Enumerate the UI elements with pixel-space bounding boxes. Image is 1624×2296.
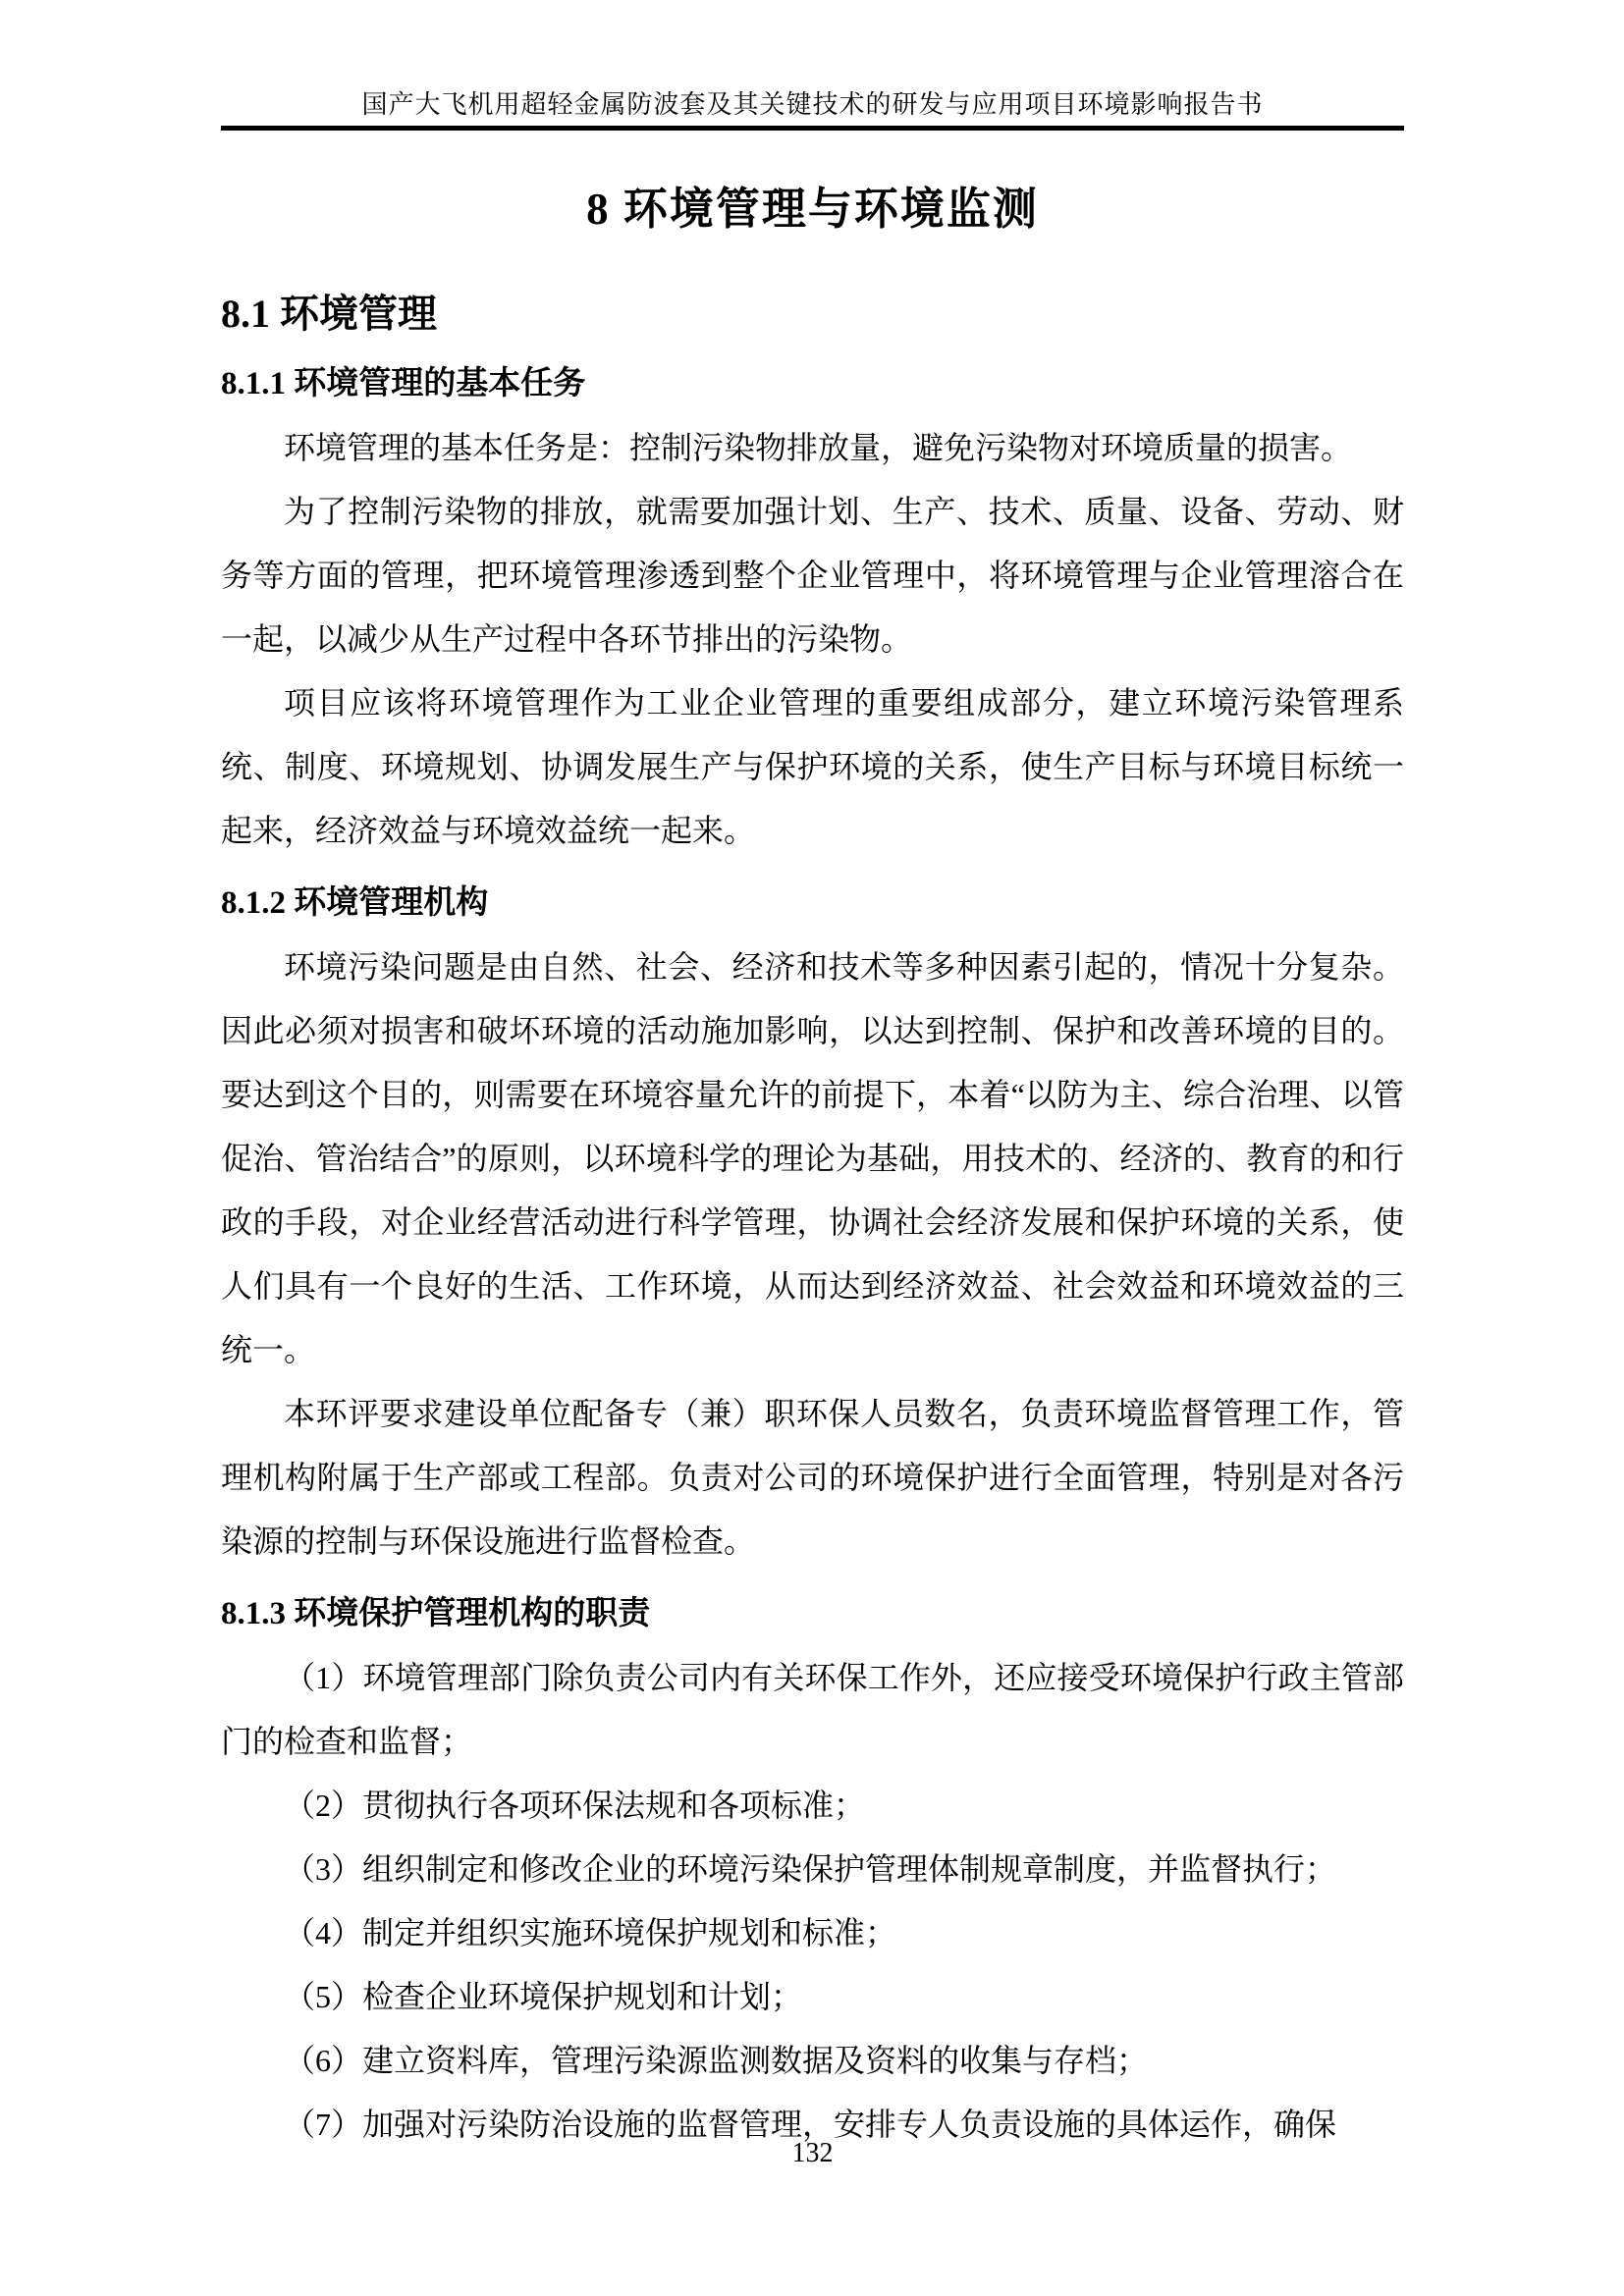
subsection-heading-8-1-2: 8.1.2 环境管理机构 xyxy=(221,872,1404,935)
paragraph: 项目应该将环境管理作为工业企业管理的重要组成部分，建立环境污染管理系统、制度、环… xyxy=(221,671,1404,863)
list-item-6: （6）建立资料库，管理污染源监测数据及资料的收集与存档； xyxy=(221,2029,1404,2093)
subsection-heading-8-1-3: 8.1.3 环境保护管理机构的职责 xyxy=(221,1582,1404,1646)
list-item-3: （3）组织制定和修改企业的环境污染保护管理体制规章制度，并监督执行； xyxy=(221,1838,1404,1901)
page-number: 132 xyxy=(792,2138,834,2168)
paragraph: 环境管理的基本任务是：控制污染物排放量，避免污染物对环境质量的损害。 xyxy=(221,416,1404,480)
paragraph: 为了控制污染物的排放，就需要加强计划、生产、技术、质量、设备、劳动、财务等方面的… xyxy=(221,480,1404,671)
running-header-text: 国产大飞机用超轻金属防波套及其关键技术的研发与应用项目环境影响报告书 xyxy=(361,90,1263,119)
list-item-1: （1）环境管理部门除负责公司内有关环保工作外，还应接受环境保护行政主管部门的检查… xyxy=(221,1646,1404,1774)
document-page: 国产大飞机用超轻金属防波套及其关键技术的研发与应用项目环境影响报告书 8 环境管… xyxy=(0,0,1624,2296)
paragraph: 本环评要求建设单位配备专（兼）职环保人员数名，负责环境监督管理工作，管理机构附属… xyxy=(221,1382,1404,1574)
chapter-title: 8 环境管理与环境监测 xyxy=(221,175,1404,243)
paragraph: 环境污染问题是由自然、社会、经济和技术等多种因素引起的，情况十分复杂。因此必须对… xyxy=(221,935,1404,1382)
list-item-5: （5）检查企业环境保护规划和计划； xyxy=(221,1965,1404,2029)
running-header: 国产大飞机用超轻金属防波套及其关键技术的研发与应用项目环境影响报告书 xyxy=(221,88,1404,131)
page-footer: 132 xyxy=(221,2136,1404,2171)
document-body: 8 环境管理与环境监测 8.1 环境管理 8.1.1 环境管理的基本任务 环境管… xyxy=(221,175,1404,2157)
list-item-2: （2）贯彻执行各项环保法规和各项标准； xyxy=(221,1774,1404,1838)
section-heading-8-1: 8.1 环境管理 xyxy=(221,285,1404,344)
list-item-4: （4）制定并组织实施环境保护规划和标准； xyxy=(221,1901,1404,1965)
subsection-heading-8-1-1: 8.1.1 环境管理的基本任务 xyxy=(221,352,1404,416)
